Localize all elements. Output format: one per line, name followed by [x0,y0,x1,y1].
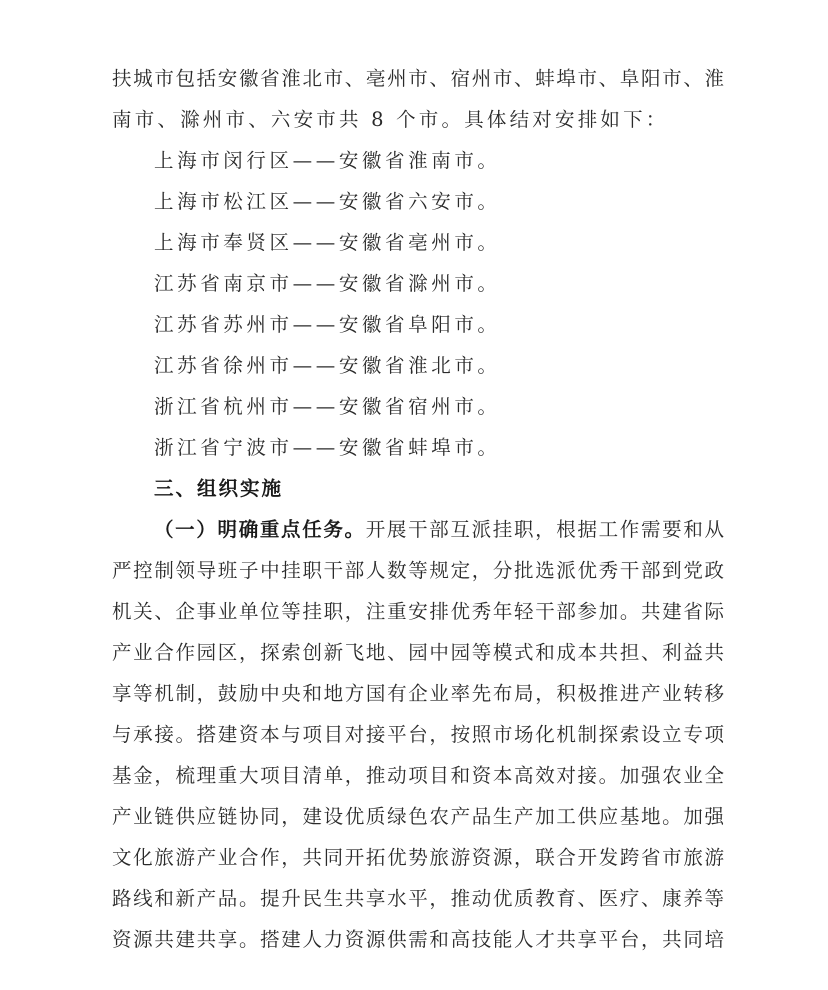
pairing-separator: —— [293,313,339,336]
pairing-item: 江苏省苏州市——安徽省阜阳市。 [112,304,724,345]
pairing-from: 上海市闵行区 [154,149,293,172]
subsection-paragraph: （一）明确重点任务。开展干部互派挂职，根据工作需要和从 严控制领导班子中挂职干部… [112,509,724,960]
pairing-from: 上海市奉贤区 [154,231,293,254]
pairing-to: 安徽省六安市。 [339,190,501,213]
paragraph-line: 产业合作园区，探索创新飞地、园中园等模式和成本共担、利益共 [112,632,724,673]
pairing-from: 江苏省徐州市 [154,354,293,377]
pairing-separator: —— [293,436,339,459]
intro-line: 南市、滁州市、六安市共 8 个市。具体结对安排如下： [112,99,724,140]
pairing-item: 浙江省杭州市——安徽省宿州市。 [112,386,724,427]
pairing-item: 江苏省徐州市——安徽省淮北市。 [112,345,724,386]
document-page: 扶城市包括安徽省淮北市、亳州市、宿州市、蚌埠市、阜阳市、淮 南市、滁州市、六安市… [112,58,724,960]
pairing-item: 上海市奉贤区——安徽省亳州市。 [112,222,724,263]
pairing-item: 上海市松江区——安徽省六安市。 [112,181,724,222]
pairing-separator: —— [293,272,339,295]
paragraph-text: 开展干部互派挂职，根据工作需要和从 [366,518,724,541]
pairing-from: 浙江省杭州市 [154,395,293,418]
paragraph-line: 基金，梳理重大项目清单，推动项目和资本高效对接。加强农业全 [112,755,724,796]
paragraph-line: （一）明确重点任务。开展干部互派挂职，根据工作需要和从 [112,509,724,550]
paragraph-line: 文化旅游产业合作，共同开拓优势旅游资源，联合开发跨省市旅游 [112,837,724,878]
pairing-from: 江苏省南京市 [154,272,293,295]
intro-line: 扶城市包括安徽省淮北市、亳州市、宿州市、蚌埠市、阜阳市、淮 [112,58,724,99]
paragraph-line: 资源共建共享。搭建人力资源供需和高技能人才共享平台，共同培 [112,919,724,960]
pairing-from: 江苏省苏州市 [154,313,293,336]
paragraph-line: 严控制领导班子中挂职干部人数等规定，分批选派优秀干部到党政 [112,550,724,591]
section-heading: 三、组织实施 [112,468,724,509]
pairing-separator: —— [293,190,339,213]
pairing-item: 上海市闵行区——安徽省淮南市。 [112,140,724,181]
pairing-to: 安徽省阜阳市。 [339,313,501,336]
subsection-title: （一）明确重点任务。 [154,518,366,541]
pairing-from: 浙江省宁波市 [154,436,293,459]
pairing-from: 上海市松江区 [154,190,293,213]
paragraph-line: 产业链供应链协同，建设优质绿色农产品生产加工供应基地。加强 [112,796,724,837]
pairing-separator: —— [293,149,339,172]
pairing-item: 浙江省宁波市——安徽省蚌埠市。 [112,427,724,468]
paragraph-line: 机关、企事业单位等挂职，注重安排优秀年轻干部参加。共建省际 [112,591,724,632]
pairing-item: 江苏省南京市——安徽省滁州市。 [112,263,724,304]
pairing-to: 安徽省蚌埠市。 [339,436,501,459]
paragraph-line: 路线和新产品。提升民生共享水平，推动优质教育、医疗、康养等 [112,878,724,919]
pairing-separator: —— [293,395,339,418]
pairing-to: 安徽省宿州市。 [339,395,501,418]
pairing-separator: —— [293,354,339,377]
pairing-list: 上海市闵行区——安徽省淮南市。 上海市松江区——安徽省六安市。 上海市奉贤区——… [112,140,724,468]
pairing-separator: —— [293,231,339,254]
paragraph-line: 与承接。搭建资本与项目对接平台，按照市场化机制探索设立专项 [112,714,724,755]
pairing-to: 安徽省淮北市。 [339,354,501,377]
pairing-to: 安徽省亳州市。 [339,231,501,254]
pairing-to: 安徽省滁州市。 [339,272,501,295]
paragraph-line: 享等机制，鼓励中央和地方国有企业率先布局，积极推进产业转移 [112,673,724,714]
pairing-to: 安徽省淮南市。 [339,149,501,172]
